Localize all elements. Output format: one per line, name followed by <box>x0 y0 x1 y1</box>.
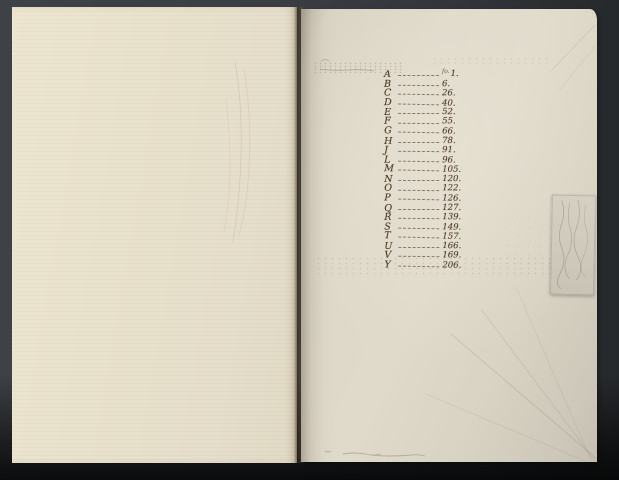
left-page <box>12 7 297 463</box>
index-folio: 52. <box>442 108 462 117</box>
folio-number: 206. <box>442 261 461 270</box>
dotted-leader <box>398 94 439 96</box>
dotted-leader <box>398 170 439 172</box>
dotted-leader <box>398 266 439 268</box>
index-folio: 149. <box>442 223 462 232</box>
index-folio: 139. <box>442 213 462 222</box>
index-folio: 55. <box>442 117 462 126</box>
alphabetical-index: A fo.1. B 6. C 26. D <box>382 69 462 270</box>
folio-number: 91. <box>442 146 456 155</box>
index-row: G 66. <box>384 126 462 137</box>
right-page: A fo.1. B 6. C 26. D <box>301 9 597 462</box>
index-folio: 166. <box>442 241 462 250</box>
dotted-leader <box>398 256 439 257</box>
folio-number: 52. <box>442 108 456 117</box>
index-letter: N <box>384 174 395 183</box>
dotted-leader <box>398 161 439 163</box>
index-folio: 122. <box>442 184 462 193</box>
dotted-leader <box>398 84 439 85</box>
dotted-leader <box>398 123 439 124</box>
dotted-leader <box>398 218 439 219</box>
page-scratch-marks <box>12 7 297 463</box>
index-row: Y 206. <box>384 259 462 270</box>
folio-number: 6. <box>442 79 450 88</box>
index-letter: M <box>384 164 395 173</box>
index-letter: E <box>384 108 395 117</box>
index-row: A fo.1. <box>384 69 462 79</box>
index-letter: U <box>384 241 395 250</box>
folio-number: 26. <box>442 89 456 98</box>
folio-number: 149. <box>442 223 461 232</box>
index-letter: C <box>384 88 395 97</box>
dotted-leader <box>398 113 439 114</box>
index-letter: G <box>384 126 395 135</box>
index-letter: D <box>384 97 395 106</box>
folio-number: 1. <box>451 70 459 79</box>
index-folio: fo.1. <box>442 69 462 79</box>
index-row: E 52. <box>384 107 462 117</box>
index-row: R 139. <box>384 212 462 222</box>
dotted-leader <box>398 209 439 210</box>
dotted-leader <box>398 189 439 190</box>
folio-number: 78. <box>442 136 456 145</box>
index-folio: 169. <box>442 251 462 260</box>
folio-number: 127. <box>442 203 461 212</box>
folio-number: 120. <box>442 175 461 184</box>
pencil-annotation-mark <box>320 60 374 72</box>
folio-number: 139. <box>442 213 461 222</box>
folio-number: 55. <box>442 117 456 126</box>
dotted-leader <box>398 151 439 152</box>
index-folio: 26. <box>442 89 462 98</box>
dotted-leader <box>398 142 439 143</box>
book-scan: A fo.1. B 6. C 26. D <box>0 0 619 480</box>
index-row: N 120. <box>384 174 462 184</box>
dotted-leader <box>398 227 439 229</box>
dotted-leader <box>398 180 439 181</box>
folio-number: 122. <box>442 184 461 193</box>
index-letter: Y <box>384 260 395 269</box>
index-folio: 120. <box>442 175 462 184</box>
index-row: Q 127. <box>384 203 462 213</box>
index-folio: 6. <box>442 79 462 88</box>
pencil-annotation-mark <box>325 451 425 456</box>
index-letter: T <box>384 231 395 240</box>
index-folio: 206. <box>442 261 462 270</box>
folio-prefix: fo. <box>442 69 450 75</box>
index-letter: A <box>384 70 395 79</box>
index-folio: 91. <box>442 146 462 155</box>
index-row: P 126. <box>384 192 462 203</box>
dotted-leader <box>398 75 439 76</box>
index-letter: P <box>384 193 395 202</box>
index-folio: 127. <box>442 203 462 212</box>
dotted-leader <box>398 132 439 134</box>
ink-showthrough <box>431 57 551 66</box>
dotted-leader <box>398 199 439 201</box>
index-letter: J <box>384 146 395 155</box>
slip-writing-marks <box>550 195 596 296</box>
index-folio: 78. <box>442 136 462 145</box>
archival-slip <box>550 195 596 296</box>
index-row: U 166. <box>384 241 462 251</box>
folio-number: 166. <box>442 241 461 250</box>
index-letter: V <box>384 251 395 260</box>
dotted-leader <box>398 103 439 105</box>
folio-number: 169. <box>442 251 461 260</box>
index-letter: R <box>384 213 395 222</box>
dotted-leader <box>398 237 439 239</box>
dotted-leader <box>398 247 439 248</box>
